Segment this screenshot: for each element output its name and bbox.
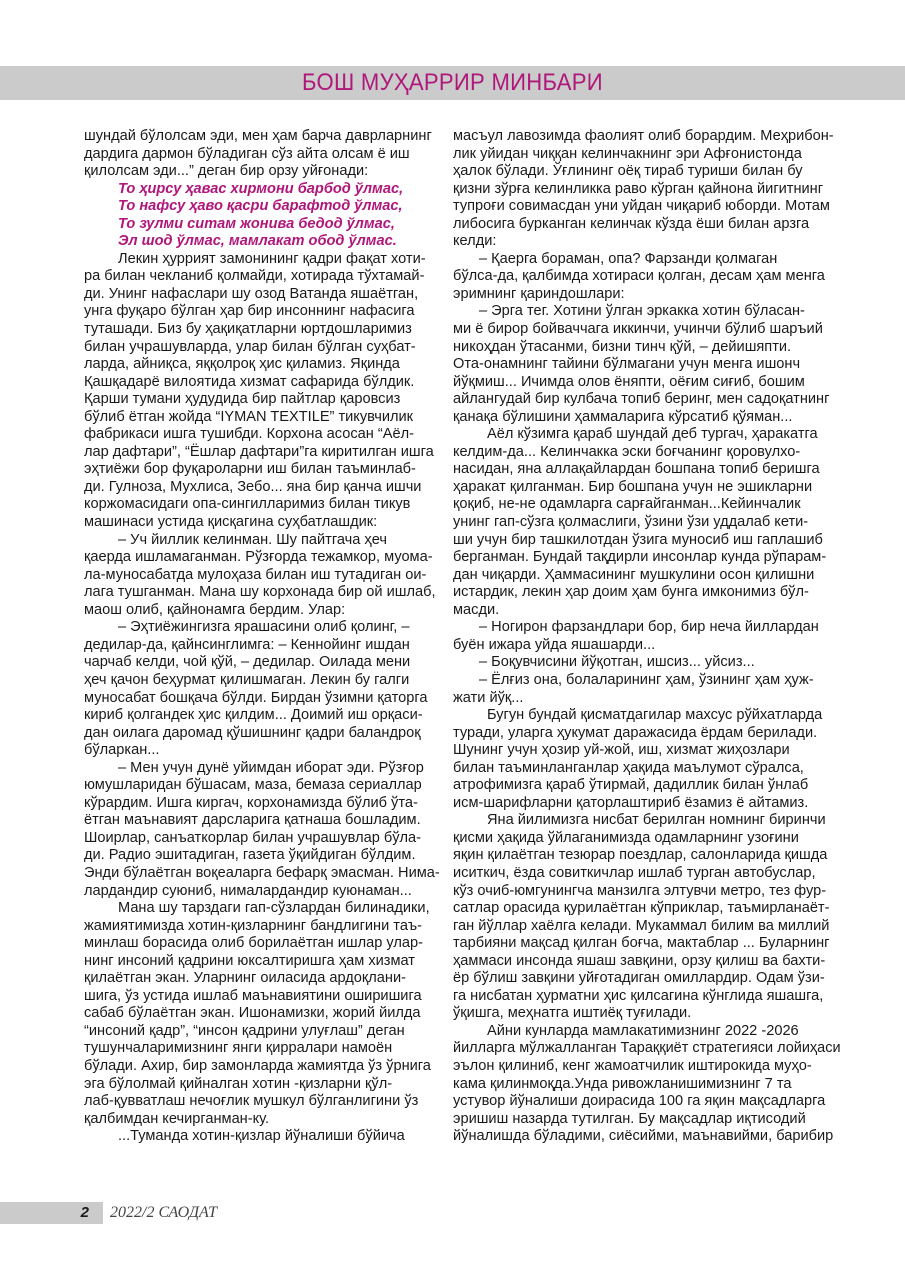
text-line: кўрардим. Ишга киргач, корхонамизда бўли…	[84, 795, 448, 813]
text-line: устувор йўналиши доирасида 100 га яқин м…	[453, 1093, 841, 1111]
text-line: ҳаммаси инсонда яшаш завқини, орзу қилиш…	[453, 953, 841, 971]
text-line: тарбияни мақсад қилган боғча, мактаблар …	[453, 935, 841, 953]
text-line: Ота-онамнинг тайини бўлмагани учун менга…	[453, 356, 841, 374]
text-line: туради, уларга ҳукумат даражасида ёрдам …	[453, 725, 841, 743]
text-line: – Қаерга бораман, опа? Фарзанди қолмаган	[453, 251, 841, 269]
text-line: шундай бўлолсам эди, мен ҳам барча даврл…	[84, 128, 448, 146]
text-line: дан оилага даромад қўшишнинг қадри балан…	[84, 725, 448, 743]
text-line: йўналишда бўладими, сиёсийми, маънавийми…	[453, 1128, 841, 1146]
text-line: атрофимизга қараб ўтирмай, дадиллик била…	[453, 777, 841, 795]
text-line: айлангудай бир кулбача топиб беринг, мен…	[453, 391, 841, 409]
text-line: бўлади. Ахир, бир замонларда жамиятда ўз…	[84, 1058, 448, 1076]
text-line: масъул лавозимда фаолият олиб борардим. …	[453, 128, 841, 146]
text-line: қилолсам эди...” деган бир орзу уйғонади…	[84, 163, 448, 181]
text-line: ҳеч қачон беҳурмат қилишмаган. Лекин бу …	[84, 672, 448, 690]
poem-line: То зулми ситам жонива бедод ўлмас,	[84, 216, 448, 234]
section-title: БОШ МУҲАРРИР МИНБАРИ	[36, 66, 869, 100]
text-line: чарчаб келди, чой қўй, – дедилар. Оилада…	[84, 654, 448, 672]
text-line: кама қилинмоқда.Унда ривожланишимизнинг …	[453, 1076, 841, 1094]
text-line: дардига дармон бўладиган сўз айта олсам …	[84, 146, 448, 164]
text-line: иситкич, ёзда совиткичлар ишлаб турган а…	[453, 865, 841, 883]
text-line: ми ё бирор бойваччага иккинчи, учинчи бў…	[453, 321, 841, 339]
text-line: дедилар-да, қайнсинглимга: – Кеннойинг и…	[84, 637, 448, 655]
text-line: ди. Гулноза, Мухлиса, Зебо... яна бир қа…	[84, 479, 448, 497]
text-line: туташади. Биз бу ҳақиқатларни юртдошлари…	[84, 321, 448, 339]
text-line: унинг гап-сўзга қолмаслиги, ўзини ўзи уд…	[453, 514, 841, 532]
text-line: насидан, яна аллақайлардан бошпана топиб…	[453, 461, 841, 479]
text-line: минлаш борасида олиб борилаётган ишлар у…	[84, 935, 448, 953]
text-line: билан учрашувларда, улар билан бўлган су…	[84, 339, 448, 357]
text-line: – Эрга тег. Хотини ўлган эркакка хотин б…	[453, 303, 841, 321]
text-line: қаерда ишламаганман. Рўзғорда тежамкор, …	[84, 549, 448, 567]
text-line: ра билан чекланиб қолмайди, хотирада тўх…	[84, 268, 448, 286]
text-line: ҳаракат қилганман. Бир бошпана учун не э…	[453, 479, 841, 497]
page-number-tab: 2	[0, 1202, 103, 1224]
text-line: қизни зўрға келинликка раво кўрган қайно…	[453, 181, 841, 199]
text-line: Айни кунларда мамлакатимизнинг 2022 -202…	[453, 1023, 841, 1041]
text-line: эришиш назарда тутилган. Бу мақсадлар иқ…	[453, 1111, 841, 1129]
text-line: буён ижара уйда яшашарди...	[453, 637, 841, 655]
text-line: Шоирлар, санъаткорлар билан учрашувлар б…	[84, 830, 448, 848]
text-line: – Мен учун дунё уйимдан иборат эди. Рўзғ…	[84, 760, 448, 778]
text-line: тупроғи совимасдан уни уйдан чиқариб юбо…	[453, 198, 841, 216]
text-line: исм-шарифларни қаторлаштириб ёзамиз ё ай…	[453, 795, 841, 813]
text-line: эга бўлолмай қийналган хотин -қизларни қ…	[84, 1076, 448, 1094]
text-line: лик уйидан чиққан келинчакнинг эри Афғон…	[453, 146, 841, 164]
text-line: қанақа бўлишини ҳаммаларига кўрсатиб қўя…	[453, 409, 841, 427]
poem-line: То ҳирсу ҳавас хирмони барбод ўлмас,	[84, 181, 448, 199]
text-line: келдим-да... Келинчакка эски боғчанинг қ…	[453, 444, 841, 462]
text-line: Лекин ҳуррият замонининг қадри фақат хот…	[84, 251, 448, 269]
text-line: лардандир суюниб, нималардандир куюнаман…	[84, 883, 448, 901]
text-line: ди. Унинг нафаслари шу озод Ватанда яшаё…	[84, 286, 448, 304]
text-line: кириб қолгандек ҳис қилдим... Доимий иш …	[84, 707, 448, 725]
text-line: – Ёлғиз она, болаларининг ҳам, ўзининг ҳ…	[453, 672, 841, 690]
text-line: – Эҳтиёжингизга ярашасини олиб қолинг, –	[84, 619, 448, 637]
text-line: га нисбатан ҳурматни ҳис қилсагина кўнгл…	[453, 988, 841, 1006]
text-line: либосига бурканган келинчак кўзда ёши би…	[453, 216, 841, 234]
text-line: – Ногирон фарзандлари бор, бир неча йилл…	[453, 619, 841, 637]
text-line: яқин қилаётган тезюрар поездлар, салонла…	[453, 847, 841, 865]
text-line: Бугун бундай қисматдагилар махсус рўйхат…	[453, 707, 841, 725]
text-line: лар дафтари”, “Ёшлар дафтари”га киритилг…	[84, 444, 448, 462]
right-text-column: масъул лавозимда фаолият олиб борардим. …	[453, 128, 841, 1146]
text-line: эълон қилиниб, кенг жамоатчилик иштироки…	[453, 1058, 841, 1076]
text-line: қилаётган экан. Уларнинг оиласида ардоқл…	[84, 970, 448, 988]
section-header-band: БОШ МУҲАРРИР МИНБАРИ	[0, 66, 905, 100]
text-line: билан таъминланганлар ҳақида маълумот сў…	[453, 760, 841, 778]
text-line: жамиятимизда хотин-қизларнинг бандлигини…	[84, 918, 448, 936]
text-line: сабаб бўлаётган экан. Ишонамизки, жорий …	[84, 1005, 448, 1023]
poem-line: То нафсу ҳаво қасри барафтод ўлмас,	[84, 198, 448, 216]
text-line: бўлиб ётган жойда “IYMAN TEXTILE” тикувч…	[84, 409, 448, 427]
text-line: жати йўқ...	[453, 690, 841, 708]
text-line: – Боқувчисини йўқотган, ишсиз... уйсиз..…	[453, 654, 841, 672]
poem-line: Эл шод ўлмас, мамлакат обод ўлмас.	[84, 233, 448, 251]
text-line: ётган маънавият дарсларига қатнаша бошла…	[84, 812, 448, 830]
page-number: 2	[81, 1202, 89, 1224]
text-line: тушунчаларимизнинг янги қирралари намоён	[84, 1040, 448, 1058]
text-line: сатлар орасида қурилаётган кўприклар, та…	[453, 900, 841, 918]
text-line: коржомасидаги опа-сингилларимиз билан ти…	[84, 496, 448, 514]
text-line: Шунинг учун ҳозир уй-жой, иш, хизмат жиҳ…	[453, 742, 841, 760]
text-line: истардик, лекин ҳар доим ҳам бунга имкон…	[453, 584, 841, 602]
text-line: нинг инсоний қадрини юксалтиришга ҳам хи…	[84, 953, 448, 971]
text-line: Энди бўлаётган воқеаларга бефарқ эмасман…	[84, 865, 448, 883]
text-line: машинаси устида қисқагина суҳбатлашдик:	[84, 514, 448, 532]
text-line: қисми ҳақида ўйлаганимизда одамларнинг у…	[453, 830, 841, 848]
text-line: лаб-қувватлаш нечоғлик мушкул бўлганлиги…	[84, 1093, 448, 1111]
text-line: ларда, айниқса, яққолроқ ҳис қиламиз. Яқ…	[84, 356, 448, 374]
text-line: муносабат бошқача бўлди. Бирдан ўзимни қ…	[84, 690, 448, 708]
text-line: кўз очиб-юмгунингча манзилга элтувчи мет…	[453, 883, 841, 901]
text-line: ган йўллар хаёлга келади. Мукаммал билим…	[453, 918, 841, 936]
text-line: йилларга мўлжалланган Тараққиёт стратеги…	[453, 1040, 838, 1058]
text-line: эҳтиёжи бор фуқароларни иш билан таъминл…	[84, 461, 448, 479]
text-line: ёр бўлиш завқини уйғотадиган омиллардир.…	[453, 970, 841, 988]
text-line: шига, ўз устида ишлаб маънавиятини ошири…	[84, 988, 448, 1006]
text-line: ҳалок бўлади. Ўғлининг оёқ тираб туриши …	[453, 163, 841, 181]
text-line: никоҳдан ўтасанми, бизни тинч қўй, – дей…	[453, 339, 841, 357]
magazine-issue-label: 2022/2 САОДАТ	[110, 1202, 217, 1224]
text-line: фабрикаси ишга тушибди. Корхона асосан “…	[84, 426, 448, 444]
text-line: юмушларидан бўшасам, маза, бемаза сериал…	[84, 777, 448, 795]
text-line: Яна йилимизга нисбат берилган номнинг би…	[453, 812, 841, 830]
text-line: Аёл кўзимга қараб шундай деб тургач, ҳар…	[453, 426, 841, 444]
text-line: қалбимдан кечирганман-ку.	[84, 1111, 448, 1129]
text-line: бўларкан...	[84, 742, 448, 760]
text-line: ўқишга, меҳнатга иштиёқ туғилади.	[453, 1005, 841, 1023]
text-line: “инсоний қадр”, “инсон қадрини улуғлаш” …	[84, 1023, 448, 1041]
text-line: Қашқадарё вилоятида хизмат сафарида бўлд…	[84, 374, 448, 392]
text-line: Мана шу тарздаги гап-сўзлардан билинадик…	[84, 900, 448, 918]
text-line: маош олиб, қайнонамга бердим. Улар:	[84, 602, 448, 620]
text-line: масди.	[453, 602, 841, 620]
text-line: лага тушганман. Мана шу корхонада бир ой…	[84, 584, 448, 602]
text-line: эримнинг қариндошлари:	[453, 286, 841, 304]
text-line: қоқиб, не-не одамларга сарғайганман...Ке…	[453, 496, 841, 514]
text-line: келди:	[453, 233, 841, 251]
text-line: дан чиқарди. Ҳаммасининг мушкулини осон …	[453, 567, 841, 585]
left-text-column: шундай бўлолсам эди, мен ҳам барча даврл…	[84, 128, 448, 1146]
text-line: ла-муносабатда мулоҳаза билан иш тутадиг…	[84, 567, 448, 585]
text-line: унга фуқаро бўлган ҳар бир инсоннинг наф…	[84, 303, 448, 321]
text-line: бўлса-да, қалбимда хотираси қолган, деса…	[453, 268, 841, 286]
text-line: Қарши тумани ҳудудида бир пайтлар қаровс…	[84, 391, 448, 409]
text-line: ши учун бир ташкилотдан ўзига муносиб иш…	[453, 532, 841, 550]
text-line: – Уч йиллик келинман. Шу пайтгача ҳеч	[84, 532, 448, 550]
text-line: берганман. Бундай тақдирли инсонлар кунд…	[453, 549, 841, 567]
text-line: йўқмиш... Ичимда олов ёняпти, оёғим сиғи…	[453, 374, 841, 392]
text-line: ди. Радио эшитадиган, газета ўқийдиган б…	[84, 847, 448, 865]
text-line: ...Туманда хотин-қизлар йўналиши бўйича	[84, 1128, 448, 1146]
